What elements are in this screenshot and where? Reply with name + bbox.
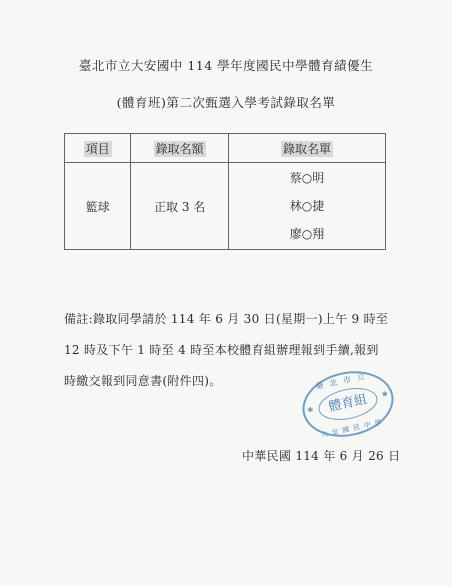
table-row: 籃球 正取 3 名 蔡○明 林○捷 廖○翔 — [65, 163, 386, 250]
note-line: 12 時及下午 1 時至 4 時至本校體育組辦理報到手續,報到 — [64, 335, 394, 366]
admitted-name: 廖○翔 — [229, 220, 385, 248]
seal-ornament-icon: ❀ — [307, 405, 314, 414]
cell-names: 蔡○明 林○捷 廖○翔 — [229, 163, 386, 250]
cell-item: 籃球 — [65, 163, 131, 250]
header-item: 項目 — [65, 134, 131, 163]
header-quota: 錄取名額 — [131, 134, 229, 163]
seal-bottom-text: 大安國民中學 — [309, 414, 397, 442]
admission-table: 項目 錄取名額 錄取名單 籃球 正取 3 名 蔡○明 林○捷 廖○翔 — [64, 133, 386, 250]
admitted-name: 林○捷 — [229, 192, 385, 220]
table-header-row: 項目 錄取名額 錄取名單 — [65, 134, 386, 163]
cell-quota: 正取 3 名 — [131, 163, 229, 250]
seal-ornament-icon: ❀ — [381, 390, 388, 399]
note-line: 備註:錄取同學請於 114 年 6 月 30 日(星期一)上午 9 時至 — [64, 304, 394, 335]
admitted-name: 蔡○明 — [229, 164, 385, 192]
header-names: 錄取名單 — [229, 134, 386, 163]
document-date: 中華民國 114 年 6 月 26 日 — [242, 447, 400, 464]
document-title-line1: 臺北市立大安國中 114 學年度國民中學體育績優生 — [0, 56, 452, 74]
document-title-line2: (體育班)第二次甄選入學考試錄取名單 — [0, 93, 452, 111]
